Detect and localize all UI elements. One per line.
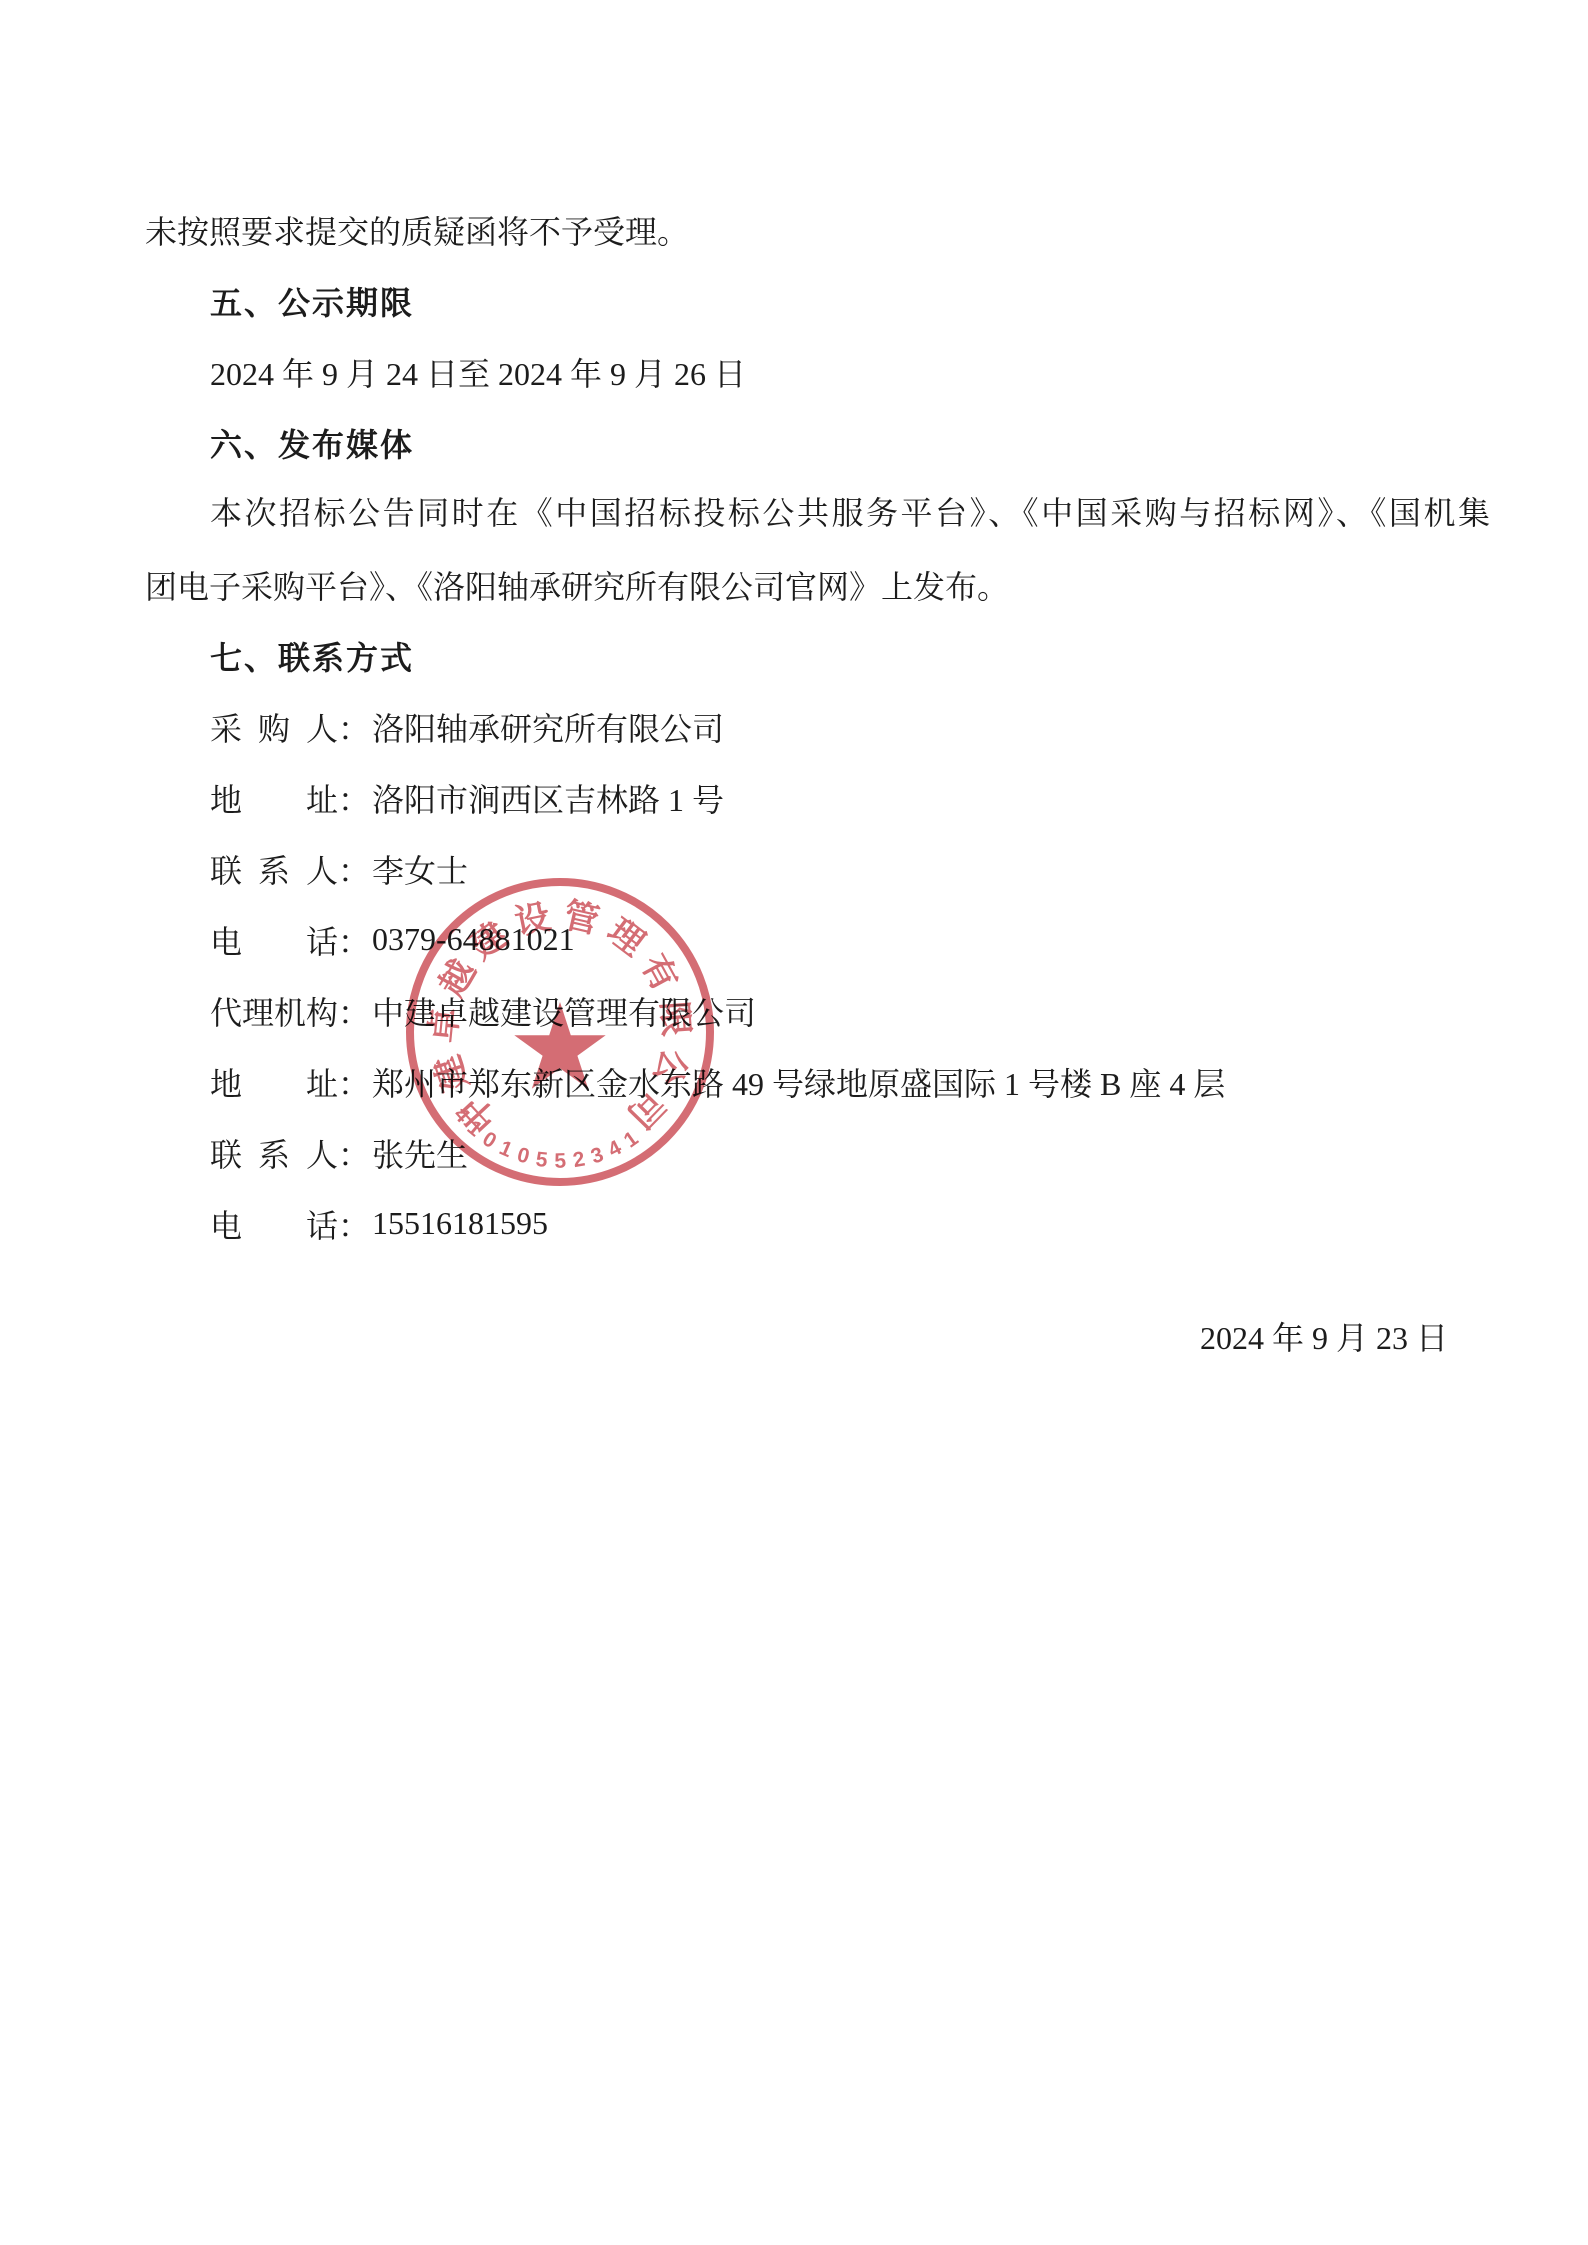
contact-label: 采 购 人 — [210, 704, 338, 750]
contact-row-purchaser-phone: 电 话：0379-64881021 — [210, 904, 1588, 975]
contact-colon: ： — [338, 1130, 370, 1176]
contact-label: 电 话 — [210, 917, 338, 963]
contact-row-agency-phone: 电 话：15516181595 — [210, 1188, 1588, 1259]
document-body: 未按照要求提交的质疑函将不予受理。 五、公示期限 2024 年 9 月 24 日… — [0, 0, 1588, 2245]
lead-text: 未按照要求提交的质疑函将不予受理。 — [145, 207, 689, 253]
contact-value: 中建卓越建设管理有限公司 — [372, 988, 756, 1034]
section5-heading: 五、公示期限 — [210, 265, 1588, 336]
media-list-line2: 团电子采购平台》、《洛阳轴承研究所有限公司官网》上发布。 — [145, 562, 1009, 608]
contact-colon: ： — [338, 775, 370, 821]
contact-row-purchaser: 采 购 人：洛阳轴承研究所有限公司 — [210, 691, 1588, 762]
contact-colon: ： — [338, 1059, 370, 1105]
contact-value: 洛阳市涧西区吉林路 1 号 — [372, 775, 724, 821]
section6-paragraph-line2: 团电子采购平台》、《洛阳轴承研究所有限公司官网》上发布。 — [145, 549, 1588, 620]
contact-value: 郑州市郑东新区金水东路 49 号绿地原盛国际 1 号楼 B 座 4 层 — [372, 1059, 1225, 1105]
contact-value: 0379-64881021 — [372, 921, 575, 958]
section7-heading: 七、联系方式 — [210, 620, 1588, 691]
contact-value: 洛阳轴承研究所有限公司 — [372, 704, 724, 750]
contact-row-purchaser-address: 地 址：洛阳市涧西区吉林路 1 号 — [210, 762, 1588, 833]
contact-label: 电 话 — [210, 1201, 338, 1247]
section6-heading: 六、发布媒体 — [210, 407, 1588, 478]
contact-row-agency-person: 联 系 人：张先生 — [210, 1117, 1588, 1188]
contact-value: 15516181595 — [372, 1205, 548, 1242]
lead-paragraph: 未按照要求提交的质疑函将不予受理。 — [145, 194, 1588, 265]
contact-label: 联 系 人 — [210, 1130, 338, 1176]
contact-row-agency: 代理机构：中建卓越建设管理有限公司 — [210, 975, 1588, 1046]
contact-value: 张先生 — [372, 1130, 468, 1176]
contact-colon: ： — [338, 988, 370, 1034]
contact-label: 地 址 — [210, 1059, 338, 1105]
contact-value: 李女士 — [372, 846, 468, 892]
contact-colon: ： — [338, 846, 370, 892]
publicity-period: 2024 年 9 月 24 日至 2024 年 9 月 26 日 — [210, 349, 746, 395]
contact-colon: ： — [338, 917, 370, 963]
media-list-line1: 本次招标公告同时在《中国招标投标公共服务平台》、《中国采购与招标网》、《国机集 — [210, 478, 1490, 549]
section6-paragraph-line1: 本次招标公告同时在《中国招标投标公共服务平台》、《中国采购与招标网》、《国机集 — [145, 478, 1490, 549]
signature-date: 2024 年 9 月 23 日 — [0, 1303, 1588, 1374]
section5-body: 2024 年 9 月 24 日至 2024 年 9 月 26 日 — [210, 336, 1588, 407]
contact-label: 代理机构 — [210, 988, 338, 1034]
contact-label: 地 址 — [210, 775, 338, 821]
contact-label: 联 系 人 — [210, 846, 338, 892]
contact-colon: ： — [338, 704, 370, 750]
contact-row-agency-address: 地 址：郑州市郑东新区金水东路 49 号绿地原盛国际 1 号楼 B 座 4 层 — [210, 1046, 1588, 1117]
contact-colon: ： — [338, 1201, 370, 1247]
document-page: 未按照要求提交的质疑函将不予受理。 五、公示期限 2024 年 9 月 24 日… — [0, 0, 1588, 2245]
contact-row-purchaser-person: 联 系 人：李女士 — [210, 833, 1588, 904]
